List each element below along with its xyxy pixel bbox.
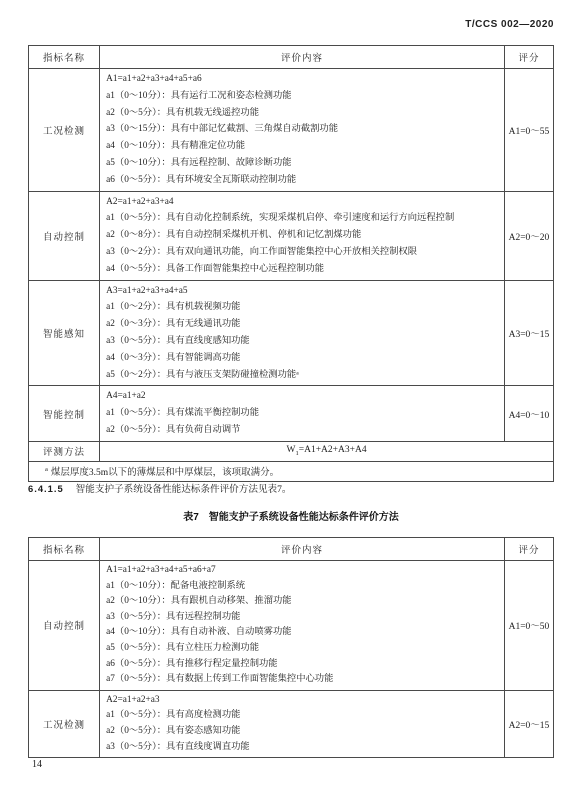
document-page: T/CCS 002—2020 指标名称评价内容评分工况检测A1=a1+a2+a3… — [0, 0, 582, 792]
criteria-line: A4=a1+a2 — [106, 388, 498, 405]
indicator-name: 自动控制 — [29, 561, 100, 691]
criteria-line: A1=a1+a2+a3+a4+a5+a6 — [106, 71, 498, 88]
column-header: 评价内容 — [100, 538, 505, 561]
indicator-name: 自动控制 — [29, 191, 100, 280]
method-row: 评测方法W1=A1+A2+A3+A4 — [29, 441, 554, 461]
table7-title: 表7智能支护子系统设备性能达标条件评价方法 — [0, 508, 582, 523]
criteria-line: a1（0～5分）：具有高度检测功能 — [106, 708, 498, 724]
table-row: 工况检测A1=a1+a2+a3+a4+a5+a6a1（0～10分）：具有运行工况… — [29, 69, 554, 192]
table7-title-text: 智能支护子系统设备性能达标条件评价方法 — [209, 512, 399, 523]
table-footnote: a煤层厚度3.5m以下的薄煤层和中厚煤层，该项取满分。 — [29, 461, 554, 481]
table-row: 自动控制A1=a1+a2+a3+a4+a5+a6+a7a1（0～10分）：配备电… — [29, 561, 554, 691]
table6-shearer-subsystem-evaluation: 指标名称评价内容评分工况检测A1=a1+a2+a3+a4+a5+a6a1（0～1… — [28, 45, 554, 482]
criteria-line: a2（0～3分）：具有无线通讯功能 — [106, 316, 498, 333]
criteria-line: a4（0～5分）：具备工作面智能集控中心远程控制功能 — [106, 261, 498, 278]
footnote-row: a煤层厚度3.5m以下的薄煤层和中厚煤层，该项取满分。 — [29, 461, 554, 481]
table-row: 智能控制A4=a1+a2a1（0～5分）：具有煤流平衡控制功能a2（0～5分）：… — [29, 386, 554, 441]
criteria-line: a4（0～10分）：具有自动补液、自动喷雾功能 — [106, 625, 498, 641]
criteria-line: a2（0～5分）：具有机载无线遥控功能 — [106, 105, 498, 122]
criteria-line: A2=a1+a2+a3+a4 — [106, 194, 498, 211]
column-header: 评分 — [504, 46, 553, 69]
evaluation-content: A1=a1+a2+a3+a4+a5+a6a1（0～10分）：具有运行工况和姿态检… — [100, 69, 505, 192]
criteria-line: a3（0～5分）：具有直线度调直功能 — [106, 740, 498, 756]
criteria-line: a1（0～2分）：具有机载视频功能 — [106, 299, 498, 316]
criteria-line: a1（0～5分）：具有煤流平衡控制功能 — [106, 405, 498, 422]
evaluation-content: A2=a1+a2+a3+a4a1（0～5分）：具有自动化控制系统，实现采煤机启停… — [100, 191, 505, 280]
score-range: A3=0～15 — [504, 280, 553, 386]
criteria-line: a7（0～5分）：具有数据上传到工作面智能集控中心功能 — [106, 672, 498, 688]
criteria-line: a4（0～10分）：具有精准定位功能 — [106, 138, 498, 155]
criteria-line: a3（0～2分）：具有双向通讯功能，向工作面智能集控中心开放相关控制权限 — [106, 244, 498, 261]
standard-doc-number: T/CCS 002—2020 — [465, 19, 554, 30]
criteria-line: a2（0～10分）：具有跟机自动移架、推溜功能 — [106, 594, 498, 610]
indicator-name: 智能控制 — [29, 386, 100, 441]
criteria-line: a5（0～5分）：具有立柱压力检测功能 — [106, 641, 498, 657]
method-label: 评测方法 — [29, 441, 100, 461]
indicator-name: 工况检测 — [29, 69, 100, 192]
criteria-line: a4（0～3分）：具有智能调高功能 — [106, 350, 498, 367]
column-header: 评分 — [504, 538, 553, 561]
table-row: 工况检测A2=a1+a2+a3a1（0～5分）：具有高度检测功能a2（0～5分）… — [29, 690, 554, 757]
column-header: 指标名称 — [29, 538, 100, 561]
score-range: A2=0～20 — [504, 191, 553, 280]
criteria-line: a6（0～5分）：具有推移行程定量控制功能 — [106, 657, 498, 673]
criteria-line: a5（0～10分）：具有远程控制、故障诊断功能 — [106, 155, 498, 172]
criteria-line: a1（0～10分）：具有运行工况和姿态检测功能 — [106, 88, 498, 105]
criteria-line: a3（0～5分）：具有远程控制功能 — [106, 610, 498, 626]
criteria-line: a1（0～5分）：具有自动化控制系统，实现采煤机启停、牵引速度和运行方向远程控制 — [106, 210, 498, 227]
method-formula: W1=A1+A2+A3+A4 — [100, 441, 554, 461]
table7-support-subsystem-evaluation: 指标名称评价内容评分自动控制A1=a1+a2+a3+a4+a5+a6+a7a1（… — [28, 537, 554, 758]
criteria-line: a6（0～5分）：具有环境安全瓦斯联动控制功能 — [106, 172, 498, 189]
criteria-line: a3（0～15分）：具有中部记忆截割、三角煤自动截割功能 — [106, 121, 498, 138]
evaluation-content: A3=a1+a2+a3+a4+a5a1（0～2分）：具有机载视频功能a2（0～3… — [100, 280, 505, 386]
clause-6415: 6.4.1.5智能支护子系统设备性能达标条件评价方法见表7。 — [28, 481, 554, 495]
indicator-name: 工况检测 — [29, 690, 100, 757]
table7-title-label: 表7 — [183, 512, 199, 523]
indicator-name: 智能感知 — [29, 280, 100, 386]
criteria-line: A1=a1+a2+a3+a4+a5+a6+a7 — [106, 563, 498, 579]
score-range: A1=0～50 — [504, 561, 553, 691]
evaluation-content: A1=a1+a2+a3+a4+a5+a6+a7a1（0～10分）：配备电液控制系… — [100, 561, 505, 691]
header-row: 指标名称评价内容评分 — [29, 538, 554, 561]
criteria-line: a2（0～5分）：具有负荷自动调节 — [106, 422, 498, 439]
table-row: 智能感知A3=a1+a2+a3+a4+a5a1（0～2分）：具有机载视频功能a2… — [29, 280, 554, 386]
criteria-line: a2（0～8分）：具有自动控制采煤机开机、停机和记忆割煤功能 — [106, 227, 498, 244]
criteria-line: a5（0～2分）：具有与液压支架防碰撞检测功能ᵃ — [106, 367, 498, 384]
table-row: 自动控制A2=a1+a2+a3+a4a1（0～5分）：具有自动化控制系统，实现采… — [29, 191, 554, 280]
criteria-line: A3=a1+a2+a3+a4+a5 — [106, 283, 498, 300]
criteria-line: A2=a1+a2+a3 — [106, 693, 498, 709]
header-row: 指标名称评价内容评分 — [29, 46, 554, 69]
evaluation-content: A4=a1+a2a1（0～5分）：具有煤流平衡控制功能a2（0～5分）：具有负荷… — [100, 386, 505, 441]
score-range: A1=0～55 — [504, 69, 553, 192]
page-number: 14 — [32, 759, 42, 770]
evaluation-content: A2=a1+a2+a3a1（0～5分）：具有高度检测功能a2（0～5分）：具有姿… — [100, 690, 505, 757]
score-range: A2=0～15 — [504, 690, 553, 757]
criteria-line: a2（0～5分）：具有姿态感知功能 — [106, 724, 498, 740]
criteria-line: a3（0～5分）：具有直线度感知功能 — [106, 333, 498, 350]
column-header: 评价内容 — [100, 46, 505, 69]
column-header: 指标名称 — [29, 46, 100, 69]
clause-text: 智能支护子系统设备性能达标条件评价方法见表7。 — [76, 484, 292, 495]
score-range: A4=0～10 — [504, 386, 553, 441]
clause-number: 6.4.1.5 — [28, 483, 64, 494]
criteria-line: a1（0～10分）：配备电液控制系统 — [106, 579, 498, 595]
